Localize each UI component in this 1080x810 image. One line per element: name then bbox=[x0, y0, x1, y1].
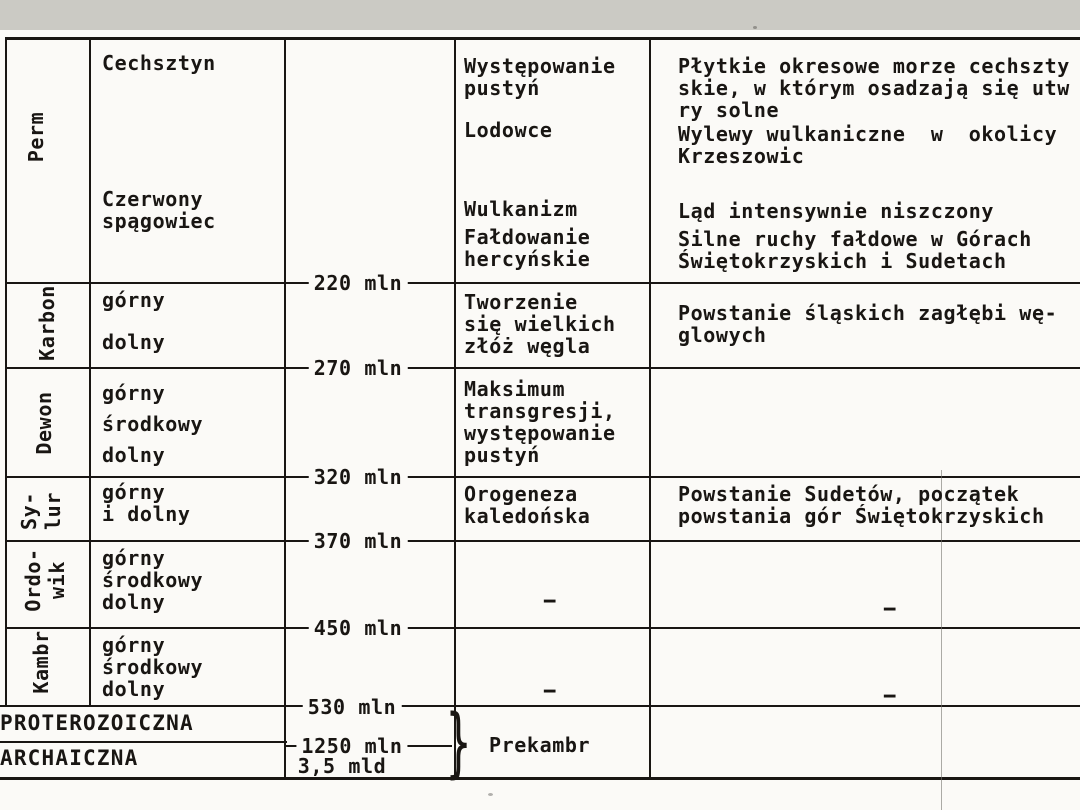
era-label-kambr: Kambr bbox=[29, 630, 53, 693]
desc-perm-silne: Silne ruchy fałdowe w Górach Świętokrzys… bbox=[678, 228, 1032, 272]
row-line-proterozoic-archaic bbox=[0, 741, 287, 743]
desc-perm-morze: Płytkie okresowe morze cechszty skie, w … bbox=[678, 55, 1070, 121]
era-label-karbon: Karbon bbox=[35, 285, 59, 361]
event-sylur: Orogeneza kaledońska bbox=[464, 483, 590, 527]
event-kambr-dash: - bbox=[538, 679, 562, 701]
era-label-perm: Perm bbox=[24, 112, 48, 163]
event-perm-wulkanizm: Wulkanizm bbox=[464, 198, 578, 220]
event-perm-lodowce: Lodowce bbox=[464, 119, 553, 141]
event-dewon: Maksimum transgresji, występowanie pusty… bbox=[464, 378, 616, 466]
col-line-time-events bbox=[454, 37, 456, 779]
event-prekambr: Prekambr bbox=[489, 734, 590, 756]
row-line-kambr-proterozoic bbox=[0, 705, 1080, 707]
epoch-dewon: górny środkowy dolny bbox=[102, 378, 203, 471]
event-ordowik-dash: - bbox=[538, 589, 562, 611]
era-label-ordowik: Ordo- wik bbox=[21, 548, 69, 611]
prekambr-brace-icon: } bbox=[446, 702, 471, 782]
table-left-border bbox=[5, 37, 7, 707]
time-marker-270-mln: 270 mln bbox=[309, 357, 408, 379]
event-perm-pustynie: Występowanie pustyń bbox=[464, 55, 616, 99]
time-marker-530-mln: 530 mln bbox=[303, 696, 402, 718]
row-line-karbon-dewon bbox=[5, 367, 1080, 369]
col-line-events-descriptions bbox=[649, 37, 651, 779]
table-bottom-border bbox=[0, 777, 1080, 780]
desc-perm-wylewy: Wylewy wulkaniczne w okolicy Krzeszowic bbox=[678, 123, 1057, 167]
epoch-ordowik: górny środkowy dolny bbox=[102, 547, 203, 613]
row-line-perm-karbon bbox=[5, 282, 1080, 284]
time-marker-370-mln: 370 mln bbox=[309, 530, 408, 552]
row-line-ordowik-kambr bbox=[5, 627, 1080, 629]
row-line-dewon-sylur bbox=[5, 476, 1080, 478]
scan-speck bbox=[488, 793, 493, 796]
event-karbon: Tworzenie się wielkich złóż węgla bbox=[464, 291, 616, 357]
desc-karbon: Powstanie śląskich zagłębi wę- glowych bbox=[678, 302, 1057, 346]
table-top-border bbox=[5, 37, 1080, 40]
col-line-epoch-time bbox=[284, 37, 286, 779]
scanned-document-page: Perm Karbon Dewon Sy- lur Ordo- wik Kamb… bbox=[0, 0, 1080, 810]
era-label-dewon: Dewon bbox=[32, 391, 56, 454]
epoch-perm-cechsztyn: Cechsztyn bbox=[102, 52, 216, 74]
time-marker-320-mln: 320 mln bbox=[309, 466, 408, 488]
epoch-sylur: górny i dolny bbox=[102, 481, 191, 525]
era-label-proterozoic: PROTEROZOICZNA bbox=[0, 712, 194, 734]
event-perm-faldowanie: Fałdowanie hercyńskie bbox=[464, 226, 590, 270]
time-marker-3-5-mld: 3,5 mld bbox=[293, 755, 392, 777]
desc-ordowik-dash: - bbox=[878, 597, 902, 619]
era-label-sylur: Sy- lur bbox=[17, 492, 65, 530]
epoch-kambr: górny środkowy dolny bbox=[102, 634, 203, 700]
time-marker-220-mln: 220 mln bbox=[309, 272, 408, 294]
epoch-perm-czerwony: Czerwony spągowiec bbox=[102, 188, 216, 232]
scan-speck bbox=[753, 26, 757, 29]
row-line-sylur-ordowik bbox=[5, 540, 1080, 542]
desc-perm-lad: Ląd intensywnie niszczony bbox=[678, 200, 994, 222]
desc-sylur: Powstanie Sudetów, początek powstania gó… bbox=[678, 483, 1045, 527]
col-line-era-epoch bbox=[89, 37, 91, 707]
time-marker-450-mln: 450 mln bbox=[309, 617, 408, 639]
scan-top-band bbox=[0, 0, 1080, 30]
epoch-karbon: górny dolny bbox=[102, 290, 165, 353]
desc-kambr-dash: - bbox=[878, 684, 902, 706]
era-label-archaic: ARCHAICZNA bbox=[0, 747, 138, 769]
